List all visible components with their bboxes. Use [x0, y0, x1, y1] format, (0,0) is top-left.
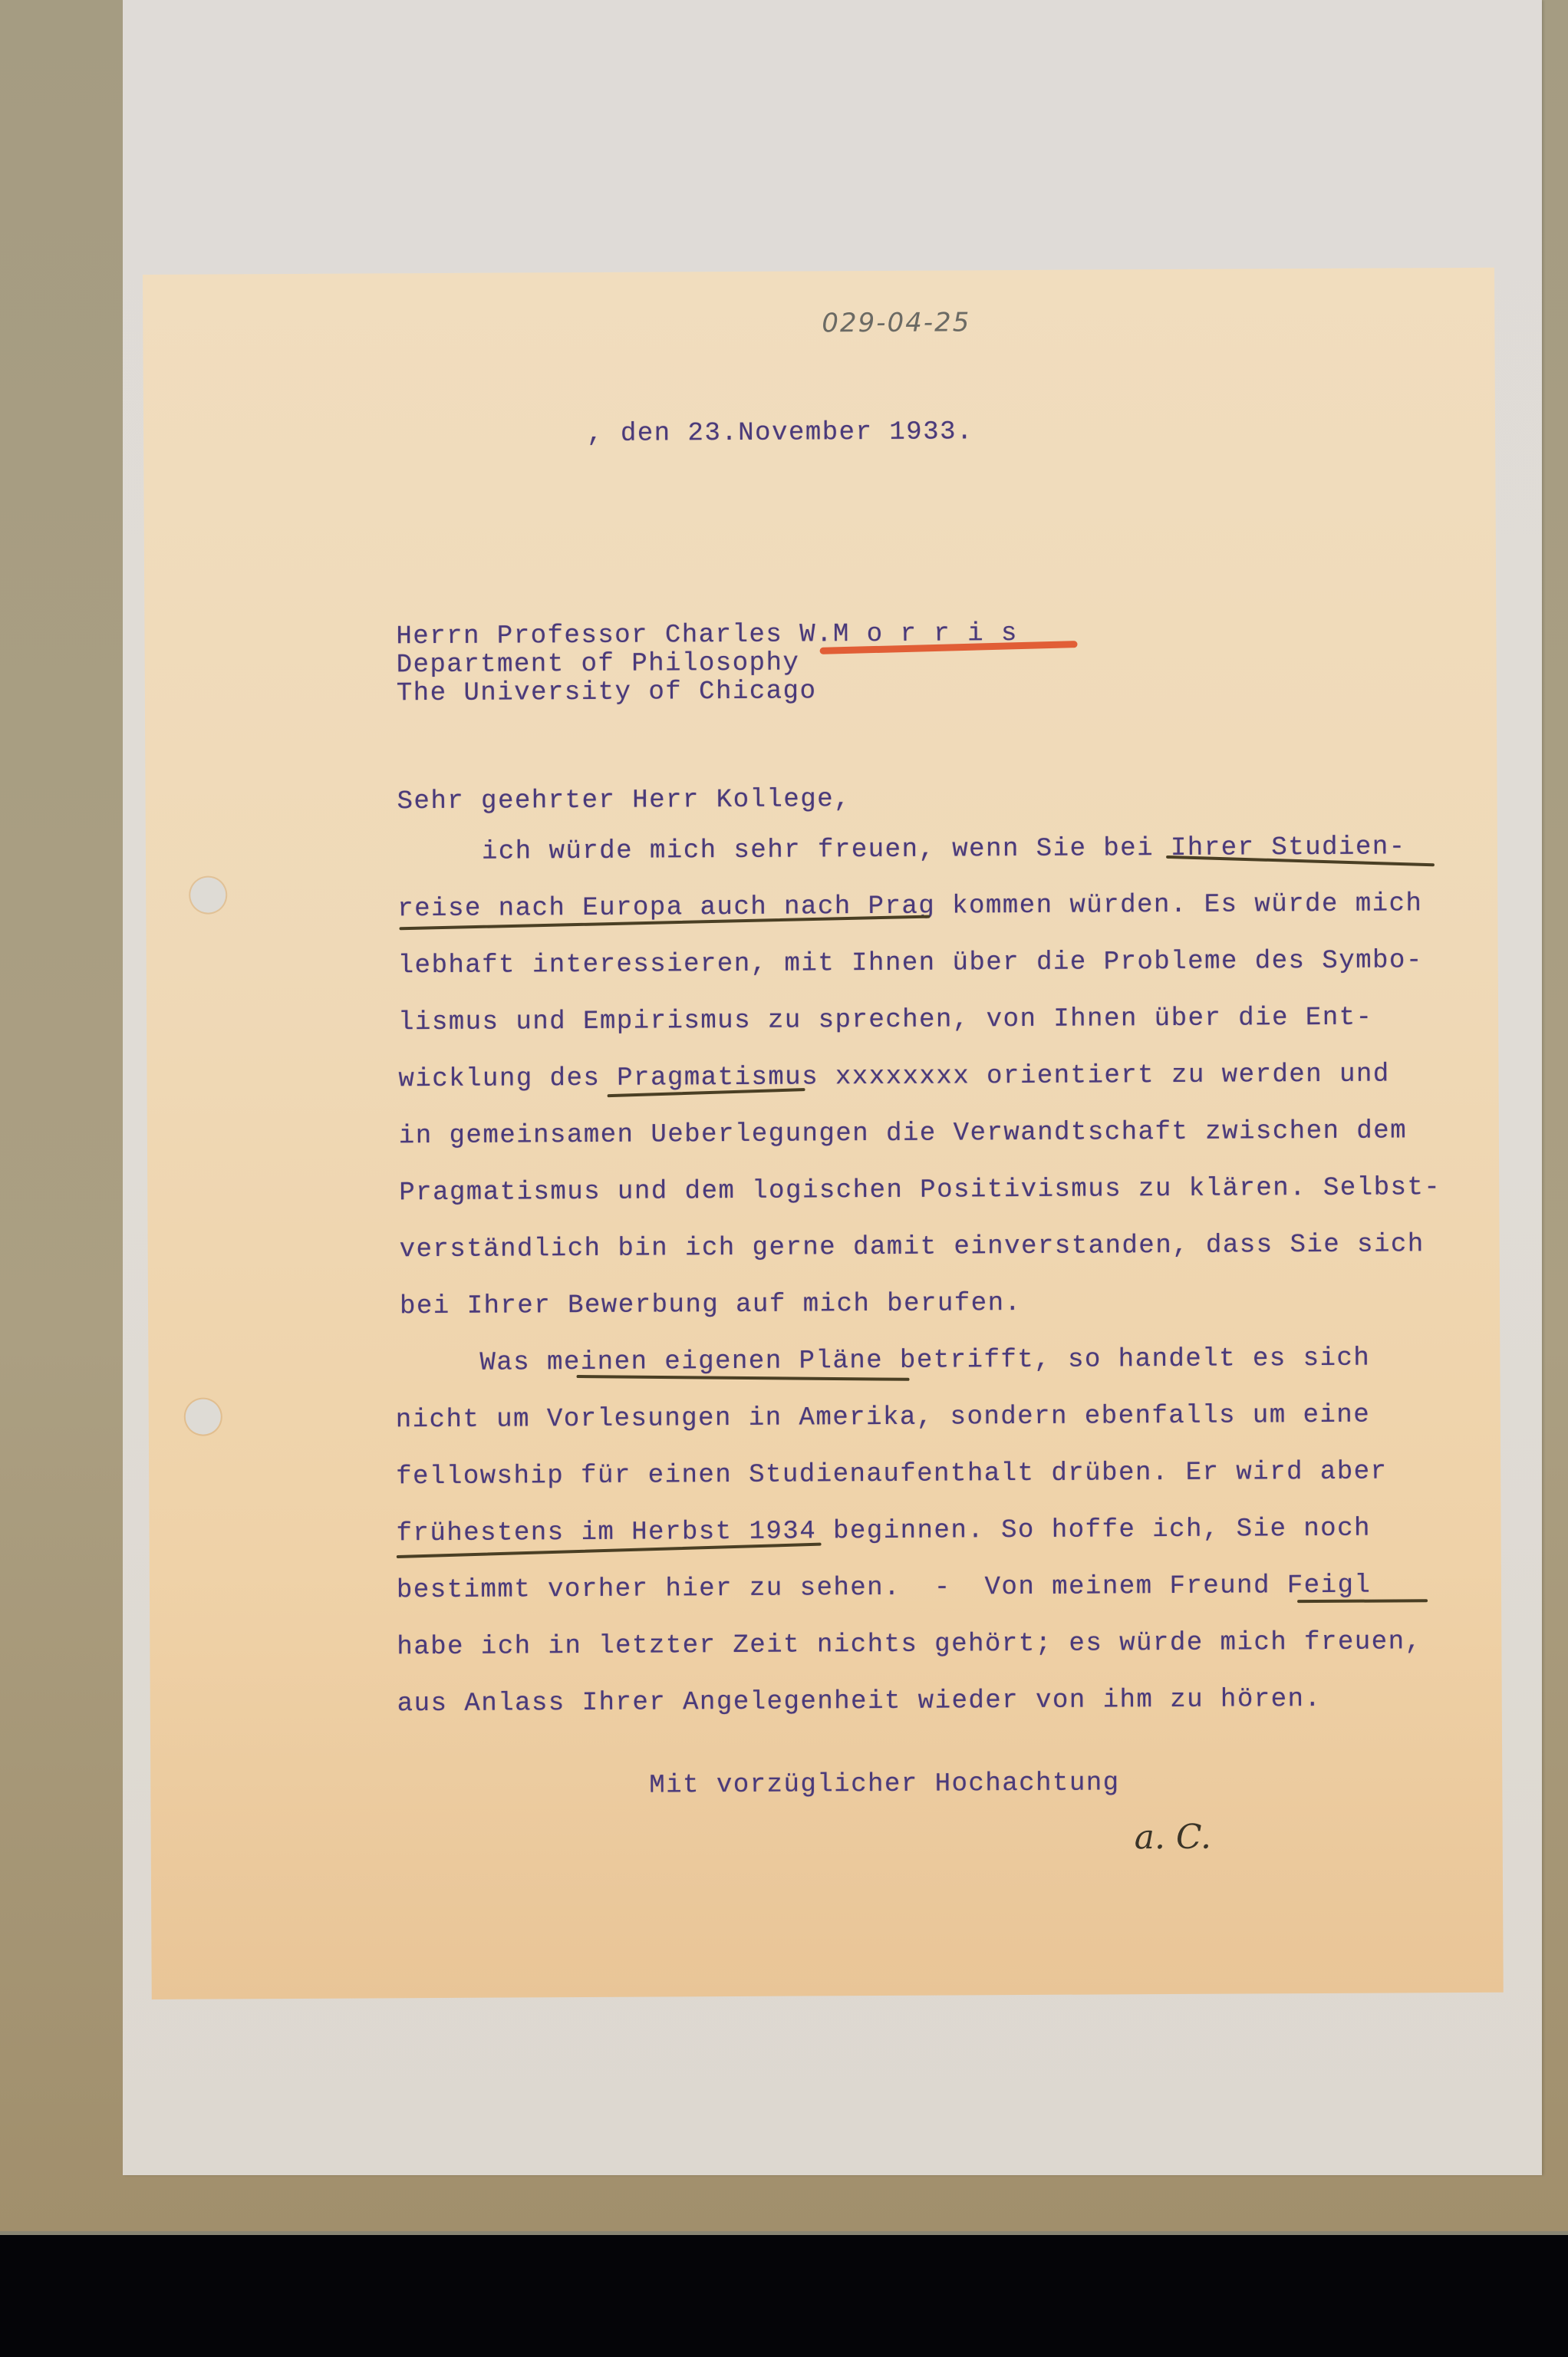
- recipient-line-3: The University of Chicago: [397, 677, 817, 708]
- body-line: verständlich bin ich gerne damit einvers…: [400, 1231, 1425, 1263]
- date-line: , den 23.November 1933.: [587, 419, 973, 447]
- body-line: Was meinen eigenen Pläne betrifft, so ha…: [479, 1346, 1370, 1376]
- signature-initials: a. C.: [1135, 1818, 1212, 1858]
- body-line: wicklung des Pragmatismus xxxxxxxx orien…: [398, 1062, 1389, 1093]
- body-line: lismus und Empirismus zu sprechen, von I…: [398, 1005, 1373, 1037]
- punch-hole-top: [190, 877, 226, 912]
- letter-page: 029-04-25 , den 23.November 1933. Herrn …: [143, 268, 1504, 1999]
- archive-number: 029-04-25: [822, 307, 970, 338]
- body-line: in gemeinsamen Ueberlegungen die Verwand…: [399, 1118, 1407, 1149]
- body-line: habe ich in letzter Zeit nichts gehört; …: [397, 1629, 1421, 1660]
- body-line: nicht um Vorlesungen in Amerika, sondern…: [396, 1403, 1371, 1434]
- salutation: Sehr geehrter Herr Kollege,: [397, 786, 852, 815]
- body-line: aus Anlass Ihrer Angelegenheit wieder vo…: [397, 1686, 1322, 1717]
- closing: Mit vorzüglicher Hochachtung: [649, 1770, 1119, 1798]
- body-line: fellowship für einen Studienaufenthalt d…: [396, 1459, 1387, 1491]
- body-line: bestimmt vorher hier zu sehen. - Von mei…: [397, 1573, 1372, 1604]
- body-line: lebhaft interessieren, mit Ihnen über di…: [398, 948, 1423, 979]
- body-line: Pragmatismus und dem logischen Positivis…: [399, 1175, 1441, 1206]
- body-line: bei Ihrer Bewerbung auf mich berufen.: [400, 1291, 1022, 1320]
- punch-hole-bottom: [186, 1399, 221, 1434]
- pencil-underline: [1297, 1599, 1428, 1603]
- pencil-underline: [577, 1375, 910, 1381]
- recipient-line-2: Department of Philosophy: [397, 650, 800, 681]
- base-bar: [0, 2231, 1568, 2357]
- body-line: frühestens im Herbst 1934 beginnen. So h…: [397, 1516, 1372, 1548]
